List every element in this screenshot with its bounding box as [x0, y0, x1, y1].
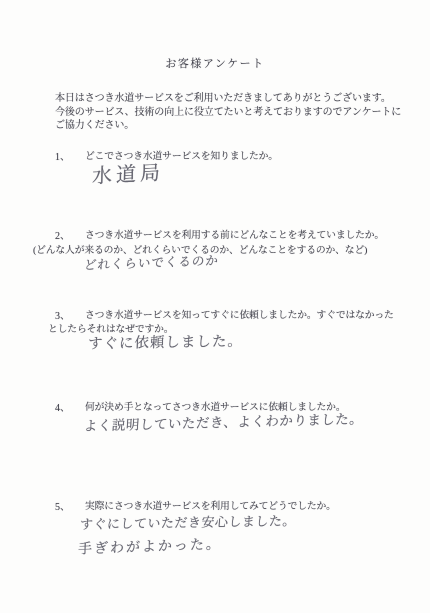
question-2-number: 2、 — [55, 227, 70, 242]
question-1-number: 1、 — [55, 148, 70, 163]
question-5-number: 5、 — [55, 498, 70, 513]
page-title: お客様アンケート — [0, 55, 430, 71]
handwritten-answer-5-line1: すぐにしていただき安心しました。 — [79, 510, 296, 533]
survey-page: お客様アンケート 本日はさつき水道サービスをご利用いただきましてありがとうござい… — [0, 0, 430, 613]
question-3-number: 3、 — [55, 307, 70, 322]
intro-line-2: 今後のサービス、技術の向上に役立てたいと考えておりますのでアンケートに — [55, 106, 401, 120]
question-3-text-line1: さつき水道サービスを知ってすぐに依頼しましたか。すぐではなかった — [85, 307, 394, 321]
question-2-text: さつき水道サービスを利用する前にどんなことを考えていましたか。 — [85, 227, 384, 241]
question-4-number: 4、 — [55, 399, 70, 414]
intro-paragraph: 本日はさつき水道サービスをご利用いただきましてありがとうございます。 今後のサー… — [55, 92, 401, 133]
handwritten-answer-1: 水道局 — [92, 156, 164, 189]
handwritten-answer-3: すぐに依頼しました。 — [88, 330, 244, 354]
intro-line-3: ご協力ください。 — [55, 119, 401, 133]
handwritten-answer-2: どれくらいでくるのか — [83, 251, 219, 274]
intro-line-1: 本日はさつき水道サービスをご利用いただきましてありがとうございます。 — [55, 92, 401, 106]
question-5-text: 実際にさつき水道サービスを利用してみてどうでしたか。 — [85, 498, 336, 512]
handwritten-answer-5-line2: 手ぎわがよかった。 — [78, 533, 223, 558]
